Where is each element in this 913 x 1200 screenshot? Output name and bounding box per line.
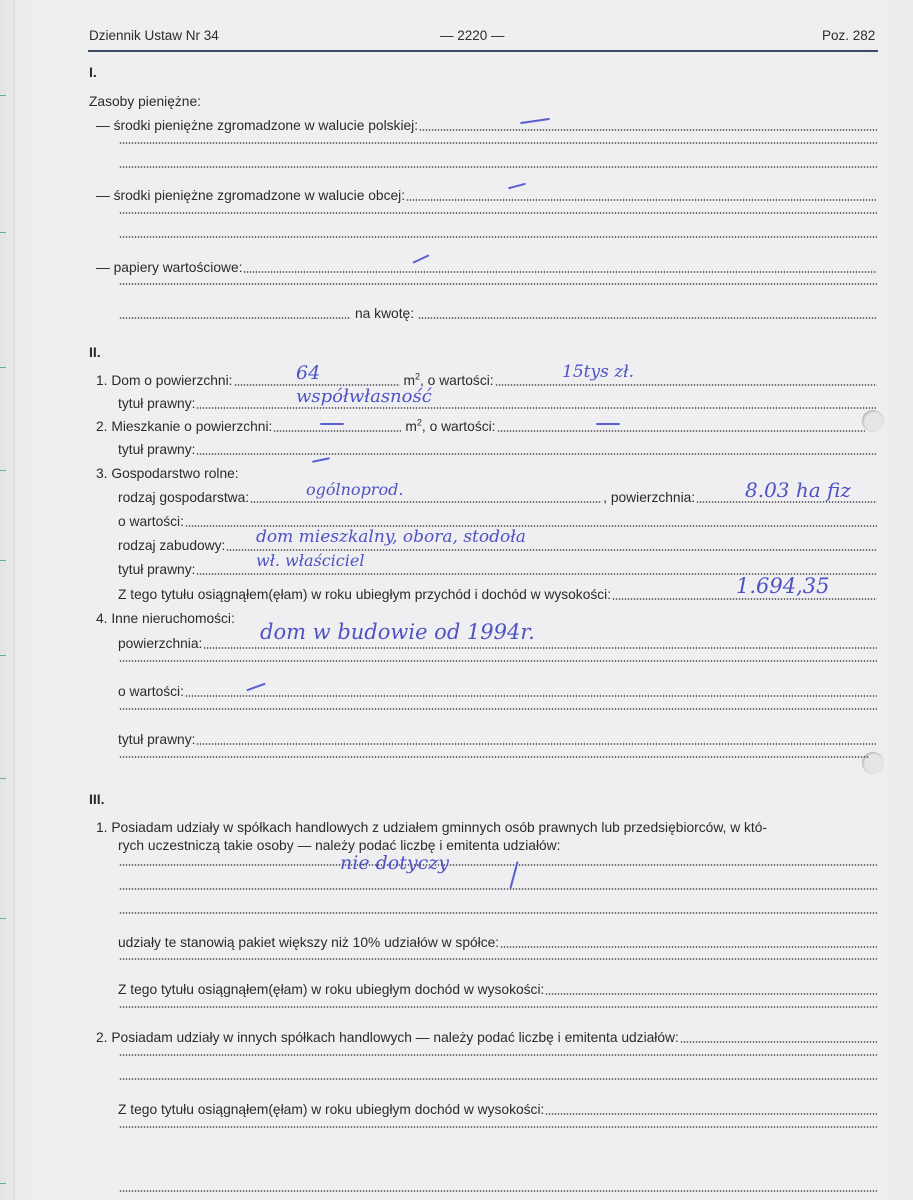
cash-heading: Zasoby pieniężne: (89, 94, 201, 110)
farm-income-input[interactable] (612, 598, 877, 600)
shares-gmina-input[interactable] (119, 864, 877, 866)
other-area-label: powierzchnia: (118, 636, 202, 652)
page-number: — 2220 — (440, 28, 505, 43)
field-other-value[interactable]: o wartości: (118, 684, 878, 700)
house-value-input[interactable] (495, 384, 877, 386)
handwritten-farm-income: 1.694,35 (736, 574, 830, 598)
securities-input[interactable] (243, 271, 877, 273)
farm-area-label: , powierzchnia: (603, 490, 695, 506)
handwritten-farm-buildings: dom mieszkalny, obora, stodoła (256, 527, 526, 547)
field-house[interactable]: 1. Dom o powierzchni: m2 , o wartości: (96, 373, 878, 389)
amount-input[interactable] (418, 317, 877, 319)
cash-foreign-input[interactable] (406, 199, 877, 201)
section-1-heading: I. (89, 64, 97, 80)
journal-title: Dziennik Ustaw Nr 34 (89, 28, 219, 43)
farm-type-input[interactable] (250, 501, 602, 503)
field-other-title[interactable]: tytuł prawny: (118, 732, 878, 748)
margin-tick (0, 560, 6, 561)
field-shares-gmina-pct[interactable]: udziały te stanowią pakiet większy niż 1… (118, 935, 878, 951)
field-house-title[interactable]: tytuł prawny: (118, 396, 878, 412)
margin-tick (0, 232, 6, 233)
handwritten-other-area: dom w budowie od 1994r. (260, 620, 535, 644)
shares-gmina-income-input[interactable] (545, 993, 877, 995)
field-cash-foreign[interactable]: — środki pieniężne zgromadzone w walucie… (96, 188, 878, 204)
securities-desc-input[interactable] (119, 317, 351, 319)
shares-gmina-income-label: Z tego tytułu osiągnąłem(ęłam) w roku ub… (118, 982, 544, 998)
field-shares-gmina-income[interactable]: Z tego tytułu osiągnąłem(ęłam) w roku ub… (118, 982, 878, 998)
field-cash-pln-cont[interactable] (118, 166, 878, 171)
cash-pln-input[interactable] (419, 129, 877, 131)
margin-tick (0, 655, 6, 656)
handwritten-dash (312, 457, 330, 463)
house-title-label: tytuł prawny: (118, 396, 195, 412)
amount-label: na kwotę: (355, 306, 414, 322)
apartment-unit: m2 (405, 419, 422, 435)
margin-tick (0, 367, 6, 368)
cash-heading-label: Zasoby pieniężne: (89, 94, 201, 110)
field-other-title-cont[interactable] (118, 756, 870, 761)
handwritten-house-title: współwłasność (296, 386, 432, 407)
farm-buildings-label: rodzaj zabudowy: (118, 538, 225, 554)
field-other-area-cont[interactable] (118, 660, 878, 665)
farm-value-label: o wartości: (118, 514, 184, 530)
house-title-input[interactable] (196, 407, 877, 409)
field-shares-gmina-cont[interactable] (118, 912, 878, 917)
margin-tick (0, 918, 6, 919)
field-cash-foreign-cont[interactable] (118, 212, 878, 217)
apartment-title-label: tytuł prawny: (118, 442, 195, 458)
farm-title-label: tytuł prawny: (118, 562, 195, 578)
section-2-heading: II. (89, 344, 101, 360)
field-securities[interactable]: — papiery wartościowe: (96, 260, 878, 276)
field-shares-gmina-income-cont[interactable] (118, 1006, 878, 1011)
handwritten-farm-type: ogólnoprod. (306, 480, 403, 499)
other-title-input[interactable] (196, 743, 877, 745)
other-heading: 4. Inne nieruchomości: (96, 611, 235, 627)
field-cash-foreign-cont[interactable] (118, 236, 878, 241)
field-next-line[interactable] (118, 1190, 878, 1195)
shares-pct-input[interactable] (500, 946, 877, 948)
apartment-area-label: 2. Mieszkanie o powierzchni: (96, 419, 272, 435)
securities-label: — papiery wartościowe: (96, 260, 242, 276)
handwritten-dash (320, 423, 344, 425)
section-3-heading: III. (89, 791, 105, 807)
other-value-input[interactable] (185, 695, 877, 697)
handwritten-farm-area: 8.03 ha fiz (745, 478, 851, 502)
shares-other-input[interactable] (680, 1041, 877, 1043)
other-value-label: o wartości: (118, 684, 184, 700)
field-cash-pln[interactable]: — środki pieniężne zgromadzone w walucie… (96, 118, 878, 134)
shares-gmina-question: 1. Posiadam udziały w spółkach handlowyc… (96, 820, 767, 836)
field-other-value-cont[interactable] (118, 708, 878, 713)
margin-tick (0, 1183, 6, 1184)
farm-heading: 3. Gospodarstwo rolne: (96, 466, 239, 482)
field-securities-amount[interactable]: na kwotę: (118, 306, 878, 322)
margin-tick (0, 95, 6, 96)
position-number: Poz. 282 (822, 28, 875, 43)
handwritten-shares-gmina: nie dotyczy (340, 852, 449, 874)
handwritten-house-value: 15tys zł. (562, 362, 634, 382)
farm-type-label: rodzaj gospodarstwa: (118, 490, 249, 506)
cash-foreign-label: — środki pieniężne zgromadzone w walucie… (96, 188, 405, 204)
field-shares-other-income[interactable]: Z tego tytułu osiągnąłem(ęłam) w roku ub… (118, 1102, 878, 1118)
cash-pln-label: — środki pieniężne zgromadzone w walucie… (96, 118, 418, 134)
header-rule (88, 50, 878, 52)
shares-other-income-label: Z tego tytułu osiągnąłem(ęłam) w roku ub… (118, 1102, 544, 1118)
field-apartment[interactable]: 2. Mieszkanie o powierzchni: m2 , o wart… (96, 419, 866, 435)
apartment-value-input[interactable] (497, 430, 865, 432)
margin-tick (0, 778, 6, 779)
shares-other-income-input[interactable] (545, 1113, 877, 1115)
field-shares-gmina[interactable] (118, 864, 878, 869)
other-area-input[interactable] (203, 647, 877, 649)
field-cash-pln-cont[interactable] (118, 142, 878, 147)
margin-tick (0, 470, 6, 471)
house-area-label: 1. Dom o powierzchni: (96, 373, 233, 389)
shares-other-label: 2. Posiadam udziały w innych spółkach ha… (96, 1030, 679, 1046)
handwritten-house-area: 64 (296, 362, 320, 384)
shares-pct-label: udziały te stanowią pakiet większy niż 1… (118, 935, 499, 951)
apartment-area-input[interactable] (273, 430, 401, 432)
field-shares-other-cont[interactable] (118, 1078, 878, 1083)
field-shares-gmina-pct-cont[interactable] (118, 958, 878, 963)
handwritten-dash (596, 423, 620, 425)
farm-heading-label: 3. Gospodarstwo rolne: (96, 466, 239, 482)
field-shares-other-income-cont[interactable] (118, 1126, 878, 1131)
farm-income-label: Z tego tytułu osiągnąłem(ęłam) w roku ub… (118, 587, 611, 603)
field-securities-cont[interactable] (118, 283, 878, 288)
field-shares-other-cont[interactable] (118, 1054, 878, 1059)
other-title-label: tytuł prawny: (118, 732, 195, 748)
handwritten-farm-title: wł. właściciel (256, 551, 364, 570)
field-shares-other[interactable]: 2. Posiadam udziały w innych spółkach ha… (96, 1030, 878, 1046)
field-apartment-title[interactable]: tytuł prawny: (118, 442, 878, 458)
apartment-title-input[interactable] (196, 453, 877, 455)
field-shares-gmina-cont[interactable] (118, 888, 878, 893)
other-heading-label: 4. Inne nieruchomości: (96, 611, 235, 627)
apartment-value-label: , o wartości: (422, 419, 496, 435)
scanned-form-page: Dziennik Ustaw Nr 34 — 2220 — Poz. 282 I… (0, 0, 913, 1200)
shares-gmina-line1: 1. Posiadam udziały w spółkach handlowyc… (96, 820, 767, 836)
